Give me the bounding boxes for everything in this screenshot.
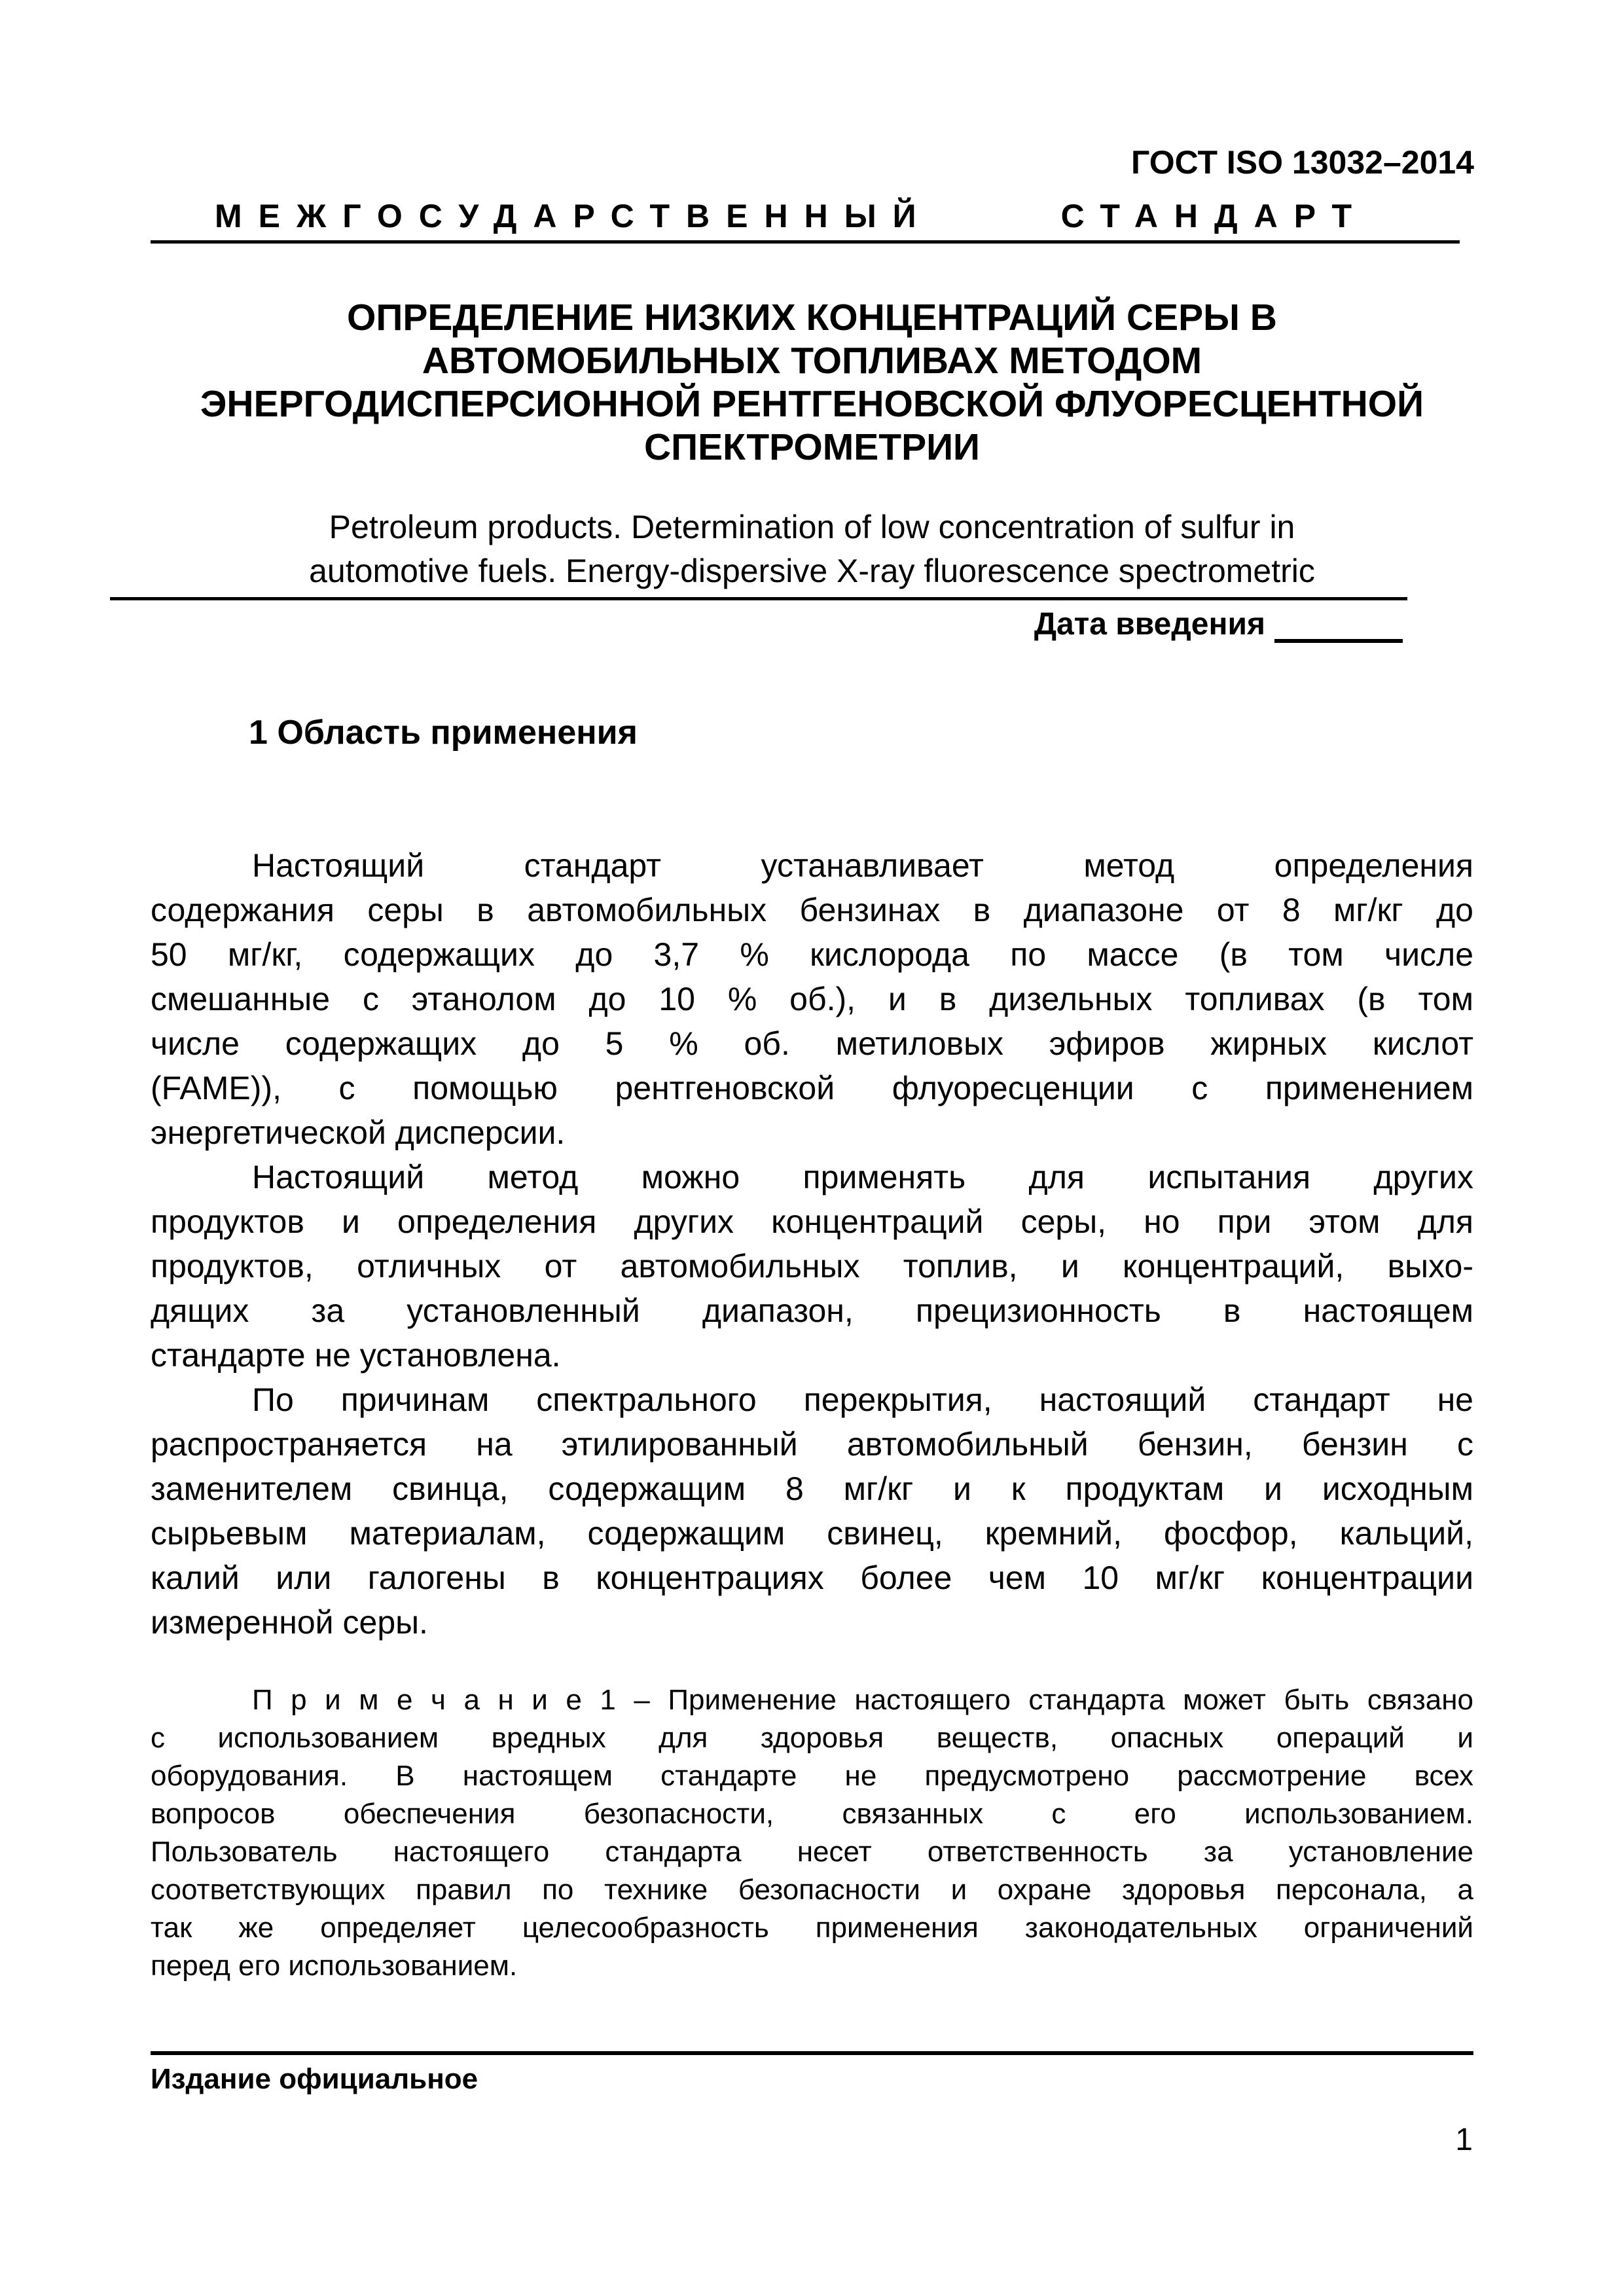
text-line: так же определяет целесообразность приме… [151, 1909, 1473, 1947]
text-line: вопросов обеспечения безопасности, связа… [151, 1795, 1473, 1833]
text-line: перед его использованием. [151, 1947, 1473, 1985]
paragraph-1: Настоящий стандарт устанавливает метод о… [151, 843, 1473, 1155]
text-line: СПЕКТРОМЕТРИИ [151, 426, 1473, 469]
section-1-body: Настоящий стандарт устанавливает метод о… [151, 843, 1473, 1985]
text-line: По причинам спектрального перекрытия, на… [151, 1377, 1473, 1422]
standard-type-line: МЕЖГОСУДАРСТВЕННЫЙ СТАНДАРТ [215, 196, 1368, 236]
text-line: смешанные с этанолом до 10 % об.), и в д… [151, 977, 1473, 1021]
text-line: Настоящий стандарт устанавливает метод о… [151, 843, 1473, 888]
text-line: продуктов, отличных от автомобильных топ… [151, 1244, 1473, 1288]
text-line: оборудования. В настоящем стандарте не п… [151, 1757, 1473, 1795]
text-line: Настоящий метод можно применять для испы… [151, 1155, 1473, 1199]
text-line: (FAME)), с помощью рентгеновской флуорес… [151, 1066, 1473, 1110]
text-line: Пользователь настоящего стандарта несет … [151, 1833, 1473, 1871]
text-line: измеренной серы. [151, 1600, 1473, 1645]
text-line: соответствующих правил по технике безопа… [151, 1871, 1473, 1909]
text-line: дящих за установленный диапазон, прецизи… [151, 1288, 1473, 1333]
text-line: энергетической дисперсии. [151, 1110, 1473, 1155]
paragraph-3: По причинам спектрального перекрытия, на… [151, 1377, 1473, 1645]
text-line: заменителем свинца, содержащим 8 мг/кг и… [151, 1467, 1473, 1511]
text-line: ОПРЕДЕЛЕНИЕ НИЗКИХ КОНЦЕНТРАЦИЙ СЕРЫ В [151, 296, 1473, 339]
title-english: Petroleum products. Determination of low… [151, 505, 1473, 593]
text-line: содержания серы в автомобильных бензинах… [151, 888, 1473, 932]
title-divider [110, 597, 1407, 600]
text-line: АВТОМОБИЛЬНЫХ ТОПЛИВАХ МЕТОДОМ [151, 339, 1473, 382]
footer-divider [151, 2051, 1473, 2055]
standard-type-word-1: МЕЖГОСУДАРСТВЕННЫЙ [215, 196, 933, 236]
text-line: калий или галогены в концентрациях более… [151, 1556, 1473, 1600]
title-russian: ОПРЕДЕЛЕНИЕ НИЗКИХ КОНЦЕНТРАЦИЙ СЕРЫ ВАВ… [151, 296, 1473, 469]
text-line: распространяется на этилированный автомо… [151, 1422, 1473, 1467]
text-line: с использованием вредных для здоровья ве… [151, 1719, 1473, 1757]
text-line: ЭНЕРГОДИСПЕРСИОННОЙ РЕНТГЕНОВСКОЙ ФЛУОРЕ… [151, 382, 1473, 426]
text-line: стандарте не установлена. [151, 1333, 1473, 1377]
page-number: 1 [1455, 2121, 1473, 2159]
section-1-heading: 1 Область применения [249, 712, 638, 753]
official-edition-label: Издание официальное [151, 2062, 478, 2097]
note-1: П р и м е ч а н и е 1 – Применение насто… [151, 1681, 1473, 1985]
text-line: 50 мг/кг, содержащих до 3,7 % кислорода … [151, 932, 1473, 977]
text-line: сырьевым материалам, содержащим свинец, … [151, 1511, 1473, 1556]
document-code: ГОСТ ISO 13032–2014 [1131, 143, 1474, 182]
date-of-introduction-row: Дата введения [1034, 606, 1403, 643]
text-line: числе содержащих до 5 % об. метиловых эф… [151, 1021, 1473, 1066]
paragraph-2: Настоящий метод можно применять для испы… [151, 1155, 1473, 1377]
text-line: Petroleum products. Determination of low… [151, 505, 1473, 549]
header-divider [151, 240, 1460, 244]
text-line: продуктов и определения других концентра… [151, 1199, 1473, 1244]
date-blank-underline [1274, 609, 1403, 643]
text-line: П р и м е ч а н и е 1 – Применение насто… [151, 1681, 1473, 1719]
document-page: ГОСТ ISO 13032–2014 МЕЖГОСУДАРСТВЕННЫЙ С… [0, 0, 1624, 2296]
date-of-introduction-label: Дата введения [1034, 606, 1265, 643]
text-line: automotive fuels. Energy-dispersive X-ra… [151, 549, 1473, 593]
standard-type-word-2: СТАНДАРТ [1061, 196, 1368, 236]
